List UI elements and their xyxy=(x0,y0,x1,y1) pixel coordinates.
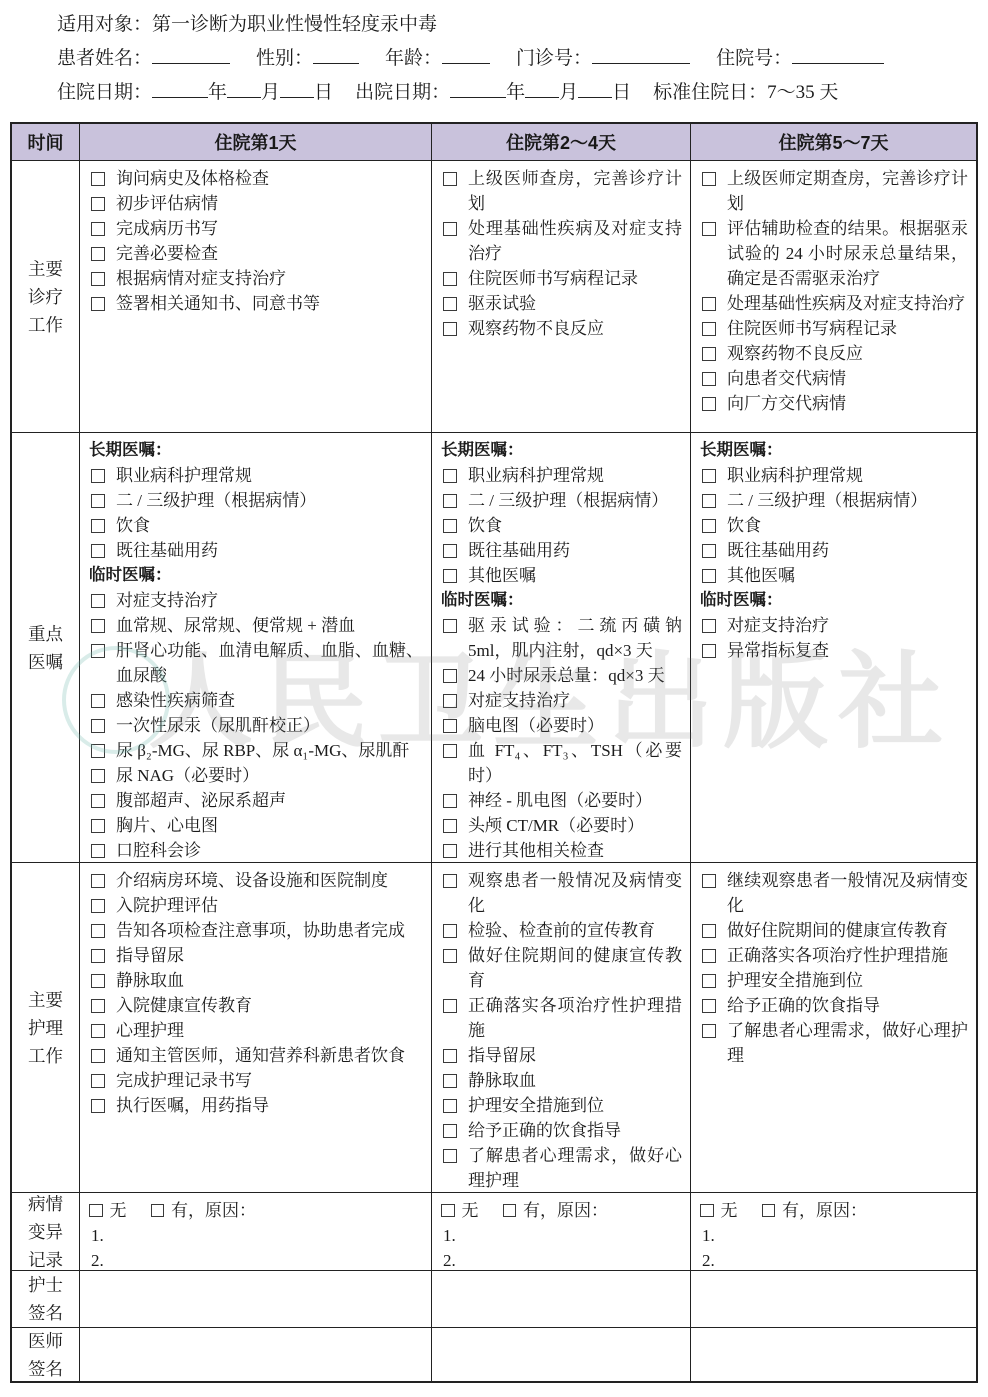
header-day2-4: 住院第2～4天 xyxy=(431,124,690,160)
checklist-item: 对症支持治疗 xyxy=(89,588,423,613)
checklist-item-label: 签署相关通知书、同意书等 xyxy=(116,294,320,313)
checklist-item: 24 小时尿汞总量：qd×3 天 xyxy=(441,663,682,688)
checkbox-icon[interactable] xyxy=(702,494,716,508)
variation-number-line: 1. xyxy=(441,1223,682,1248)
checklist-item: 二 / 三级护理（根据病情） xyxy=(89,488,423,513)
checklist-item-label: 入院健康宣传教育 xyxy=(116,996,252,1015)
orders-group-heading: 长期医嘱： xyxy=(89,438,423,463)
cell-doctor-signature-col1 xyxy=(79,1328,431,1381)
checklist-item-label: 一次性尿汞（尿肌酐校正） xyxy=(116,716,320,735)
checklist-item-label: 给予正确的饮食指导 xyxy=(727,996,880,1015)
checkbox-icon[interactable] xyxy=(91,999,105,1013)
checklist-item: 尿 NAG（必要时） xyxy=(89,763,423,788)
checklist-item-label: 二 / 三级护理（根据病情） xyxy=(468,491,668,510)
header-day1: 住院第1天 xyxy=(79,124,431,160)
checklist-item: 观察患者一般情况及病情变化 xyxy=(441,868,682,918)
checklist-item: 感染性疾病筛查 xyxy=(89,688,423,713)
checkbox-icon[interactable] xyxy=(702,949,716,963)
checkbox-icon[interactable] xyxy=(702,924,716,938)
checklist-item: 住院医师书写病程记录 xyxy=(441,266,682,291)
checkbox-icon[interactable] xyxy=(443,469,457,483)
checkbox-icon[interactable] xyxy=(91,519,105,533)
checklist-item-label: 血 FT₄、FT₃、TSH（必要时） xyxy=(468,741,682,785)
cell-key-orders-col3: 长期医嘱：职业病科护理常规二 / 三级护理（根据病情）饮食既往基础用药其他医嘱临… xyxy=(690,433,976,862)
checkbox-icon[interactable] xyxy=(702,322,716,336)
discharge-day-label: 日 xyxy=(612,82,631,103)
checkbox-icon[interactable] xyxy=(91,222,105,236)
checklist-item-label: 住院医师书写病程记录 xyxy=(468,269,638,288)
checkbox-icon[interactable] xyxy=(91,1099,105,1113)
variation-choice-line: 无有，原因： xyxy=(700,1198,968,1223)
checklist-item: 入院健康宣传教育 xyxy=(89,993,423,1018)
checkbox-icon[interactable] xyxy=(443,619,457,633)
checklist-item: 完善必要检查 xyxy=(89,241,423,266)
checklist-item: 观察药物不良反应 xyxy=(441,316,682,341)
checkbox-icon[interactable] xyxy=(91,744,105,758)
orders-group-heading: 临时医嘱： xyxy=(700,588,968,613)
checklist-item: 静脉取血 xyxy=(89,968,423,993)
admission-day-blank[interactable] xyxy=(280,77,314,98)
discharge-year-blank[interactable] xyxy=(450,77,506,98)
cell-main-treatment-col3: 上级医师定期查房，完善诊疗计划评估辅助检查的结果。根据驱汞试验的 24 小时尿汞… xyxy=(690,161,976,432)
checklist-item-label: 处理基础性疾病及对症支持治疗 xyxy=(727,294,965,313)
checklist-item: 向患者交代病情 xyxy=(700,366,968,391)
checkbox-icon[interactable] xyxy=(443,569,457,583)
checkbox-icon[interactable] xyxy=(702,999,716,1013)
table-row-doctor-signature: 医师签名 xyxy=(12,1327,976,1381)
gender-label: 性别： xyxy=(256,48,313,69)
cell-nurse-signature-col1 xyxy=(79,1271,431,1327)
checklist-item-label: 指导留尿 xyxy=(116,946,184,965)
checklist-item-label: 观察药物不良反应 xyxy=(727,344,863,363)
checklist-item: 胸片、心电图 xyxy=(89,813,423,838)
checkbox-icon[interactable] xyxy=(702,469,716,483)
row-label-line: 变异 xyxy=(28,1218,63,1246)
checklist-item: 一次性尿汞（尿肌酐校正） xyxy=(89,713,423,738)
checkbox-icon[interactable] xyxy=(702,644,716,658)
checkbox-icon[interactable] xyxy=(443,297,457,311)
row-label-line: 护士 xyxy=(28,1271,63,1299)
target-label: 适用对象： xyxy=(57,14,152,35)
checklist-item: 正确落实各项治疗性护理措施 xyxy=(700,943,968,968)
checklist-item-label: 继续观察患者一般情况及病情变化 xyxy=(727,871,968,915)
discharge-date-label: 出院日期： xyxy=(355,82,450,103)
checklist-item: 既往基础用药 xyxy=(89,538,423,563)
checklist-item: 执行医嘱，用药指导 xyxy=(89,1093,423,1118)
checklist-item-label: 驱汞试验：二巯丙磺钠 5ml，肌内注射，qd×3 天 xyxy=(468,616,682,660)
checklist-item-label: 做好住院期间的健康宣传教育 xyxy=(468,946,682,990)
checklist-item: 血常规、尿常规、便常规 + 潜血 xyxy=(89,613,423,638)
row-label-main-treatment: 主要诊疗工作 xyxy=(12,161,79,432)
checklist-item: 入院护理评估 xyxy=(89,893,423,918)
checkbox-icon[interactable] xyxy=(91,172,105,186)
checklist-item: 介绍病房环境、设备设施和医院制度 xyxy=(89,868,423,893)
checklist-item: 询问病史及体格检查 xyxy=(89,166,423,191)
checklist-item-label: 处理基础性疾病及对症支持治疗 xyxy=(468,219,682,263)
checklist-item: 初步评估病情 xyxy=(89,191,423,216)
checkbox-icon[interactable] xyxy=(443,544,457,558)
variation-number-line: 2. xyxy=(700,1248,968,1273)
variation-has-label: 有，原因： xyxy=(171,1201,256,1220)
checklist-item: 根据病情对症支持治疗 xyxy=(89,266,423,291)
checklist-item-label: 进行其他相关检查 xyxy=(468,841,604,860)
checklist-item: 腹部超声、泌尿系超声 xyxy=(89,788,423,813)
checkbox-icon[interactable] xyxy=(443,272,457,286)
checkbox-icon[interactable] xyxy=(91,1049,105,1063)
checklist-item-label: 头颅 CT/MR（必要时） xyxy=(468,816,644,835)
row-label-line: 签名 xyxy=(28,1299,63,1327)
checklist-item: 血 FT₄、FT₃、TSH（必要时） xyxy=(441,738,682,788)
checkbox-icon[interactable] xyxy=(702,397,716,411)
checklist-item-label: 观察患者一般情况及病情变化 xyxy=(468,871,682,915)
checklist-item-label: 向患者交代病情 xyxy=(727,369,846,388)
checklist-item: 完成护理记录书写 xyxy=(89,1068,423,1093)
row-label-line: 工作 xyxy=(28,1042,63,1070)
checkbox-icon[interactable] xyxy=(443,519,457,533)
inpatient-no-label: 住院号： xyxy=(716,48,792,69)
checkbox-icon[interactable] xyxy=(91,247,105,261)
checklist-item-label: 异常指标复查 xyxy=(727,641,829,660)
checkbox-icon[interactable] xyxy=(702,372,716,386)
checkbox-icon[interactable] xyxy=(443,1074,457,1088)
checklist-item-label: 指导留尿 xyxy=(468,1046,536,1065)
checklist-item: 上级医师查房，完善诊疗计划 xyxy=(441,166,682,216)
orders-group-heading: 临时医嘱： xyxy=(441,588,682,613)
checklist-item: 心理护理 xyxy=(89,1018,423,1043)
pathway-table: 时间 住院第1天 住院第2～4天 住院第5～7天 主要诊疗工作询问病史及体格检查… xyxy=(10,122,978,1383)
checklist-item-label: 口腔科会诊 xyxy=(116,841,201,860)
checkbox-icon[interactable] xyxy=(91,1074,105,1088)
checkbox-icon[interactable] xyxy=(91,819,105,833)
checkbox-icon[interactable] xyxy=(702,619,716,633)
checklist-item: 驱汞试验：二巯丙磺钠 5ml，肌内注射，qd×3 天 xyxy=(441,613,682,663)
checklist-item-label: 正确落实各项治疗性护理措施 xyxy=(727,946,948,965)
checklist-item-label: 询问病史及体格检查 xyxy=(116,169,269,188)
admission-date-label: 住院日期： xyxy=(57,82,152,103)
checklist-item: 完成病历书写 xyxy=(89,216,423,241)
checklist-item-label: 饮食 xyxy=(116,516,150,535)
checkbox-icon[interactable] xyxy=(702,297,716,311)
checkbox-icon[interactable] xyxy=(443,719,457,733)
checklist-item: 处理基础性疾病及对症支持治疗 xyxy=(441,216,682,266)
checkbox-icon[interactable] xyxy=(443,819,457,833)
checklist-item-label: 护理安全措施到位 xyxy=(727,971,863,990)
checklist-item: 异常指标复查 xyxy=(700,638,968,663)
cell-key-orders-col1: 长期医嘱：职业病科护理常规二 / 三级护理（根据病情）饮食既往基础用药临时医嘱：… xyxy=(79,433,431,862)
checkbox-icon[interactable] xyxy=(443,874,457,888)
checkbox-icon[interactable] xyxy=(702,874,716,888)
checkbox-icon[interactable] xyxy=(91,297,105,311)
checklist-item-label: 初步评估病情 xyxy=(116,194,218,213)
checklist-item-label: 正确落实各项治疗性护理措施 xyxy=(468,996,682,1040)
checklist-item: 上级医师定期查房，完善诊疗计划 xyxy=(700,166,968,216)
row-label-line: 签名 xyxy=(28,1355,63,1383)
checkbox-has-icon[interactable] xyxy=(762,1204,776,1218)
checkbox-none-icon[interactable] xyxy=(441,1204,455,1218)
checklist-item-label: 二 / 三级护理（根据病情） xyxy=(727,491,927,510)
orders-group-heading: 临时医嘱： xyxy=(89,563,423,588)
admission-month-blank[interactable] xyxy=(227,77,261,98)
checkbox-icon[interactable] xyxy=(443,949,457,963)
checklist-item-label: 完善必要检查 xyxy=(116,244,218,263)
checkbox-icon[interactable] xyxy=(91,469,105,483)
checklist-item-label: 既往基础用药 xyxy=(468,541,570,560)
clinical-pathway-page: 适用对象：第一诊断为职业性慢性轻度汞中毒 患者姓名：性别：年龄：门诊号：住院号：… xyxy=(0,0,988,1397)
checklist-item-label: 对症支持治疗 xyxy=(727,616,829,635)
checklist-item: 做好住院期间的健康宣传教育 xyxy=(441,943,682,993)
checkbox-icon[interactable] xyxy=(443,694,457,708)
form-header: 适用对象：第一诊断为职业性慢性轻度汞中毒 患者姓名：性别：年龄：门诊号：住院号：… xyxy=(57,8,977,110)
checklist-item: 观察药物不良反应 xyxy=(700,341,968,366)
checklist-item: 二 / 三级护理（根据病情） xyxy=(700,488,968,513)
cell-variation-record-col3: 无有，原因：1.2. xyxy=(690,1193,976,1270)
checklist-item: 对症支持治疗 xyxy=(700,613,968,638)
checkbox-icon[interactable] xyxy=(702,974,716,988)
checklist-item: 职业病科护理常规 xyxy=(700,463,968,488)
checklist-item-label: 上级医师定期查房，完善诊疗计划 xyxy=(727,169,968,213)
checkbox-icon[interactable] xyxy=(91,719,105,733)
row-label-line: 病情 xyxy=(28,1190,63,1218)
cell-doctor-signature-col3 xyxy=(690,1328,976,1381)
patient-line: 患者姓名：性别：年龄：门诊号：住院号： xyxy=(57,42,977,76)
checklist-item-label: 观察药物不良反应 xyxy=(468,319,604,338)
checkbox-icon[interactable] xyxy=(443,494,457,508)
checklist-item: 护理安全措施到位 xyxy=(700,968,968,993)
row-label-nurse-signature: 护士签名 xyxy=(12,1271,79,1327)
checklist-item: 指导留尿 xyxy=(441,1043,682,1068)
checkbox-icon[interactable] xyxy=(91,1024,105,1038)
checkbox-has-icon[interactable] xyxy=(151,1204,165,1218)
checklist-item-label: 既往基础用药 xyxy=(116,541,218,560)
gender-blank[interactable] xyxy=(313,43,359,64)
checkbox-has-icon[interactable] xyxy=(503,1204,517,1218)
patient-name-blank[interactable] xyxy=(152,43,230,64)
checklist-item: 饮食 xyxy=(700,513,968,538)
checkbox-icon[interactable] xyxy=(443,1149,457,1163)
checklist-item: 处理基础性疾病及对症支持治疗 xyxy=(700,291,968,316)
admission-day-label: 日 xyxy=(314,82,333,103)
row-label-main-nursing: 主要护理工作 xyxy=(12,863,79,1192)
checkbox-icon[interactable] xyxy=(443,322,457,336)
checkbox-icon[interactable] xyxy=(91,494,105,508)
checklist-item: 给予正确的饮食指导 xyxy=(700,993,968,1018)
cell-nurse-signature-col3 xyxy=(690,1271,976,1327)
row-label-line: 重点 xyxy=(28,620,63,648)
variation-number-line: 2. xyxy=(441,1248,682,1273)
cell-main-nursing-col1: 介绍病房环境、设备设施和医院制度入院护理评估告知各项检查注意事项，协助患者完成指… xyxy=(79,863,431,1192)
admission-year-blank[interactable] xyxy=(152,77,208,98)
admission-year-label: 年 xyxy=(208,82,227,103)
checkbox-icon[interactable] xyxy=(443,1124,457,1138)
checkbox-icon[interactable] xyxy=(443,1099,457,1113)
outpatient-no-blank[interactable] xyxy=(592,43,690,64)
checklist-item: 头颅 CT/MR（必要时） xyxy=(441,813,682,838)
table-row-main-treatment: 主要诊疗工作询问病史及体格检查初步评估病情完成病历书写完善必要检查根据病情对症支… xyxy=(12,160,976,432)
variation-number-line: 1. xyxy=(89,1223,423,1248)
checklist-item-label: 根据病情对症支持治疗 xyxy=(116,269,286,288)
age-blank[interactable] xyxy=(442,43,490,64)
variation-choice-line: 无有，原因： xyxy=(441,1198,682,1223)
cell-main-nursing-col2: 观察患者一般情况及病情变化检验、检查前的宣传教育做好住院期间的健康宣传教育正确落… xyxy=(431,863,690,1192)
variation-number-line: 1. xyxy=(700,1223,968,1248)
row-label-line: 诊疗 xyxy=(28,283,63,311)
row-label-line: 记录 xyxy=(28,1246,63,1274)
checkbox-icon[interactable] xyxy=(91,899,105,913)
checkbox-icon[interactable] xyxy=(702,519,716,533)
variation-none-label: 无 xyxy=(462,1201,479,1220)
checkbox-none-icon[interactable] xyxy=(89,1204,103,1218)
checklist-item-label: 尿 NAG（必要时） xyxy=(116,766,259,785)
checklist-item-label: 介绍病房环境、设备设施和医院制度 xyxy=(116,871,388,890)
checklist-item: 向厂方交代病情 xyxy=(700,391,968,416)
checkbox-icon[interactable] xyxy=(91,594,105,608)
cell-variation-record-col2: 无有，原因：1.2. xyxy=(431,1193,690,1270)
checklist-item-label: 感染性疾病筛查 xyxy=(116,691,235,710)
checkbox-icon[interactable] xyxy=(702,347,716,361)
checklist-item-label: 饮食 xyxy=(727,516,761,535)
checkbox-icon[interactable] xyxy=(91,874,105,888)
cell-variation-record-col1: 无有，原因：1.2. xyxy=(79,1193,431,1270)
discharge-day-blank[interactable] xyxy=(578,77,612,98)
checkbox-icon[interactable] xyxy=(443,999,457,1013)
checklist-item-label: 住院医师书写病程记录 xyxy=(727,319,897,338)
checkbox-icon[interactable] xyxy=(91,769,105,783)
inpatient-no-blank[interactable] xyxy=(792,43,884,64)
checkbox-icon[interactable] xyxy=(443,924,457,938)
checklist-item-label: 对症支持治疗 xyxy=(116,591,218,610)
checklist-item: 指导留尿 xyxy=(89,943,423,968)
checklist-item: 继续观察患者一般情况及病情变化 xyxy=(700,868,968,918)
checkbox-icon[interactable] xyxy=(443,172,457,186)
checkbox-icon[interactable] xyxy=(443,669,457,683)
checkbox-icon[interactable] xyxy=(91,794,105,808)
checklist-item: 住院医师书写病程记录 xyxy=(700,316,968,341)
checklist-item-label: 对症支持治疗 xyxy=(468,691,570,710)
row-label-variation-record: 病情变异记录 xyxy=(12,1193,79,1270)
checklist-item-label: 职业病科护理常规 xyxy=(468,466,604,485)
discharge-year-label: 年 xyxy=(506,82,525,103)
checklist-item-label: 入院护理评估 xyxy=(116,896,218,915)
discharge-month-blank[interactable] xyxy=(525,77,559,98)
row-label-line: 主要 xyxy=(28,986,63,1014)
checkbox-icon[interactable] xyxy=(91,949,105,963)
checklist-item: 检验、检查前的宣传教育 xyxy=(441,918,682,943)
checkbox-icon[interactable] xyxy=(702,222,716,236)
row-label-line: 主要 xyxy=(28,255,63,283)
row-label-line: 医嘱 xyxy=(28,648,63,676)
checklist-item-label: 了解患者心理需求，做好心理护理 xyxy=(727,1021,968,1065)
checkbox-icon[interactable] xyxy=(91,644,105,658)
checklist-item: 脑电图（必要时） xyxy=(441,713,682,738)
patient-name-label: 患者姓名： xyxy=(57,48,152,69)
checklist-item: 口腔科会诊 xyxy=(89,838,423,863)
variation-has-label: 有，原因： xyxy=(523,1201,608,1220)
checklist-item: 驱汞试验 xyxy=(441,291,682,316)
checklist-item-label: 心理护理 xyxy=(116,1021,184,1040)
checkbox-icon[interactable] xyxy=(91,694,105,708)
checkbox-icon[interactable] xyxy=(91,272,105,286)
checkbox-icon[interactable] xyxy=(443,222,457,236)
checkbox-icon[interactable] xyxy=(91,197,105,211)
checkbox-icon[interactable] xyxy=(443,794,457,808)
checklist-item-label: 做好住院期间的健康宣传教育 xyxy=(727,921,948,940)
standard-stay-label: 标准住院日：7～35 天 xyxy=(653,82,838,103)
checklist-item-label: 职业病科护理常规 xyxy=(116,466,252,485)
table-body: 主要诊疗工作询问病史及体格检查初步评估病情完成病历书写完善必要检查根据病情对症支… xyxy=(12,160,976,1381)
checkbox-icon[interactable] xyxy=(443,744,457,758)
admission-month-label: 月 xyxy=(261,82,280,103)
variation-none-label: 无 xyxy=(110,1201,127,1220)
cell-nurse-signature-col2 xyxy=(431,1271,690,1327)
checkbox-icon[interactable] xyxy=(702,1024,716,1038)
checkbox-icon[interactable] xyxy=(91,619,105,633)
header-day5-7: 住院第5～7天 xyxy=(690,124,976,160)
checklist-item-label: 告知各项检查注意事项，协助患者完成 xyxy=(116,921,405,940)
checkbox-icon[interactable] xyxy=(91,544,105,558)
table-row-key-orders: 重点医嘱长期医嘱：职业病科护理常规二 / 三级护理（根据病情）饮食既往基础用药临… xyxy=(12,432,976,862)
checklist-item: 职业病科护理常规 xyxy=(89,463,423,488)
checklist-item: 对症支持治疗 xyxy=(441,688,682,713)
checklist-item: 进行其他相关检查 xyxy=(441,838,682,863)
checklist-item-label: 神经 - 肌电图（必要时） xyxy=(468,791,652,810)
checklist-item: 饮食 xyxy=(441,513,682,538)
cell-main-treatment-col1: 询问病史及体格检查初步评估病情完成病历书写完善必要检查根据病情对症支持治疗签署相… xyxy=(79,161,431,432)
checkbox-icon[interactable] xyxy=(702,569,716,583)
checkbox-icon[interactable] xyxy=(91,974,105,988)
checklist-item: 给予正确的饮食指导 xyxy=(441,1118,682,1143)
cell-key-orders-col2: 长期医嘱：职业病科护理常规二 / 三级护理（根据病情）饮食既往基础用药其他医嘱临… xyxy=(431,433,690,862)
header-time: 时间 xyxy=(12,124,79,160)
outpatient-no-label: 门诊号： xyxy=(516,48,592,69)
checklist-item: 通知主管医师，通知营养科新患者饮食 xyxy=(89,1043,423,1068)
checklist-item: 既往基础用药 xyxy=(441,538,682,563)
checklist-item: 签署相关通知书、同意书等 xyxy=(89,291,423,316)
checkbox-icon[interactable] xyxy=(91,924,105,938)
checkbox-icon[interactable] xyxy=(91,844,105,858)
checkbox-icon[interactable] xyxy=(702,544,716,558)
checklist-item: 其他医嘱 xyxy=(441,563,682,588)
table-row-nurse-signature: 护士签名 xyxy=(12,1270,976,1327)
checklist-item-label: 给予正确的饮食指导 xyxy=(468,1121,621,1140)
checklist-item-label: 评估辅助检查的结果。根据驱汞试验的 24 小时尿汞总量结果，确定是否需驱汞治疗 xyxy=(727,219,968,288)
checklist-item-label: 静脉取血 xyxy=(116,971,184,990)
checkbox-icon[interactable] xyxy=(443,844,457,858)
checklist-item: 二 / 三级护理（根据病情） xyxy=(441,488,682,513)
checklist-item-label: 检验、检查前的宣传教育 xyxy=(468,921,655,940)
checklist-item: 神经 - 肌电图（必要时） xyxy=(441,788,682,813)
checklist-item: 既往基础用药 xyxy=(700,538,968,563)
checklist-item-label: 脑电图（必要时） xyxy=(468,716,604,735)
table-row-variation-record: 病情变异记录无有，原因：1.2.无有，原因：1.2.无有，原因：1.2. xyxy=(12,1192,976,1270)
checklist-item-label: 完成护理记录书写 xyxy=(116,1071,252,1090)
checkbox-icon[interactable] xyxy=(443,1049,457,1063)
checklist-item-label: 饮食 xyxy=(468,516,502,535)
row-label-doctor-signature: 医师签名 xyxy=(12,1328,79,1381)
checkbox-icon[interactable] xyxy=(702,172,716,186)
checkbox-none-icon[interactable] xyxy=(700,1204,714,1218)
checklist-item: 做好住院期间的健康宣传教育 xyxy=(700,918,968,943)
discharge-month-label: 月 xyxy=(559,82,578,103)
checklist-item-label: 职业病科护理常规 xyxy=(727,466,863,485)
checklist-item: 评估辅助检查的结果。根据驱汞试验的 24 小时尿汞总量结果，确定是否需驱汞治疗 xyxy=(700,216,968,291)
checklist-item-label: 既往基础用药 xyxy=(727,541,829,560)
checklist-item: 饮食 xyxy=(89,513,423,538)
date-line: 住院日期：年月日出院日期：年月日标准住院日：7～35 天 xyxy=(57,76,977,110)
orders-group-heading: 长期医嘱： xyxy=(700,438,968,463)
cell-main-treatment-col2: 上级医师查房，完善诊疗计划处理基础性疾病及对症支持治疗住院医师书写病程记录驱汞试… xyxy=(431,161,690,432)
checklist-item-label: 完成病历书写 xyxy=(116,219,218,238)
table-row-main-nursing: 主要护理工作介绍病房环境、设备设施和医院制度入院护理评估告知各项检查注意事项，协… xyxy=(12,862,976,1192)
